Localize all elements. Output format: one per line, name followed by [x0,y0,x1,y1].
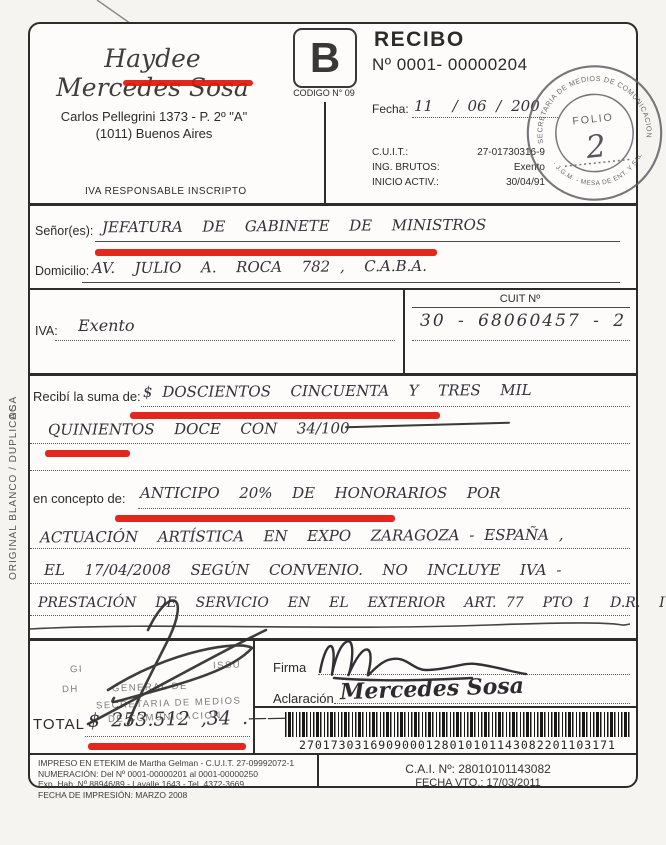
imprint-block: IMPRESO EN ETEKIM de Martha Gelman - C.U… [38,758,294,800]
receipt-scan: OSA ORIGINAL BLANCO / DUPLICAC Haydee Me… [0,0,666,845]
iva-line [55,340,395,341]
red-highlight-amount-1 [130,412,440,419]
section-divider-3 [28,373,638,376]
amount-line1: $ DOSCIENTOS CINCUENTA Y TRES MIL [143,381,532,401]
issuer-address-line2: (1011) Buenos Aires [40,126,268,141]
cai-number: C.A.I. Nº: 28010101143082 [322,762,634,776]
issuer-name: Haydee Mercedes Sosa [40,44,265,102]
senores-value: JEFATURA DE GABINETE DE MINISTROS [102,216,486,237]
issuer-address-line1: Carlos Pellegrini 1373 - P. 2º "A" [40,109,268,124]
amount-label: Recibí la suma de: [33,389,141,404]
concept-dotted-3 [30,583,630,584]
ing-brutos-label: ING. BRUTOS: [372,162,440,173]
stamp-folio-value: 2 [583,128,607,166]
firma-barcode-divider [253,706,638,708]
senores-line [95,241,620,242]
domicilio-value: AV. JULIO A. ROCA 782 , C.A.B.A. [92,257,427,277]
red-highlight-senores [95,249,437,256]
concept-label: en concepto de: [33,491,126,506]
red-highlight-amount-2 [45,450,130,457]
barcode-number: 2701730316909000128010101143082201103171 [285,738,630,752]
section-divider-1 [28,203,638,206]
red-highlight-concept [115,515,395,522]
domicilio-label: Domicilio: [35,264,89,278]
imprint-line4: FECHA DE IMPRESIÓN: MARZO 2008 [38,790,294,801]
imprint-line2: NUMERACIÓN: Del Nº 0001-00000201 al 0001… [38,769,294,780]
cuit-header-line [412,307,630,308]
imprint-line3: Exp. Hab. Nº 88946/89 - Lavalle 1643 - T… [38,779,294,790]
total-line [85,736,250,737]
concept-line2: ACTUACIÓN ARTÍSTICA EN EXPO ZARAGOZA - E… [40,526,564,547]
concept-line1: ANTICIPO 20% DE HONORARIOS POR [140,484,501,502]
invoice-type-letter: B [310,34,340,82]
side-strip-copy-text: ORIGINAL BLANCO / DUPLICAC [8,404,19,580]
invoice-type-box: B [293,28,357,88]
invoice-type-code: CODIGO N° 09 [268,88,380,98]
amount-dotted-1 [141,406,630,407]
senores-label: Señor(es): [35,224,93,238]
recipient-cuit-value: 30 - 68060457 - 2 [420,311,626,331]
folio-stamp: · SECRETARIA DE MEDIOS DE COMUNICACION ·… [516,51,666,215]
amount-dotted-3 [30,470,630,471]
barcode [285,712,630,737]
total-value: $ 253.512 ,34 .—— [88,706,286,731]
inicio-activ-label: INICIO ACTIV.: [372,177,439,188]
cuit-label: C.U.I.T.: [372,147,408,158]
aclaracion-label: Aclaración [273,691,334,706]
fecha-vto: FECHA VTO.: 17/03/2011 [322,777,634,789]
stamp-folio-label: FOLIO [572,111,615,127]
total-label: TOTAL [33,716,85,733]
header-column-divider [324,102,326,205]
firma-label: Firma [273,660,306,675]
imprint-line1: IMPRESO EN ETEKIM de Martha Gelman - C.U… [38,758,294,769]
document-number: Nº 0001- 00000204 [372,55,528,75]
fecha-label: Fecha: [372,102,409,116]
imprint-divider [317,753,319,786]
amount-dotted-2 [30,443,630,444]
recipient-cuit-line [412,340,630,341]
concept-line3: EL 17/04/2008 SEGÚN CONVENIO. NO INCLUYE… [44,561,561,579]
concept-dotted-1 [138,508,630,509]
red-highlight-total [88,743,246,750]
red-highlight-issuer-name [123,80,253,86]
iva-label: IVA: [35,324,58,338]
iva-value: Exento [78,316,135,335]
section-divider-2 [28,288,638,290]
cuit-column-header: CUIT Nº [405,293,635,305]
amount-line2: QUINIENTOS DOCE CON 34/100 [48,419,350,439]
issuer-iva-condition: IVA RESPONSABLE INSCRIPTO [85,186,247,197]
document-title: RECIBO [374,28,465,52]
concept-dotted-2 [30,548,630,549]
domicilio-line [82,282,620,283]
section-divider-5 [28,753,638,755]
